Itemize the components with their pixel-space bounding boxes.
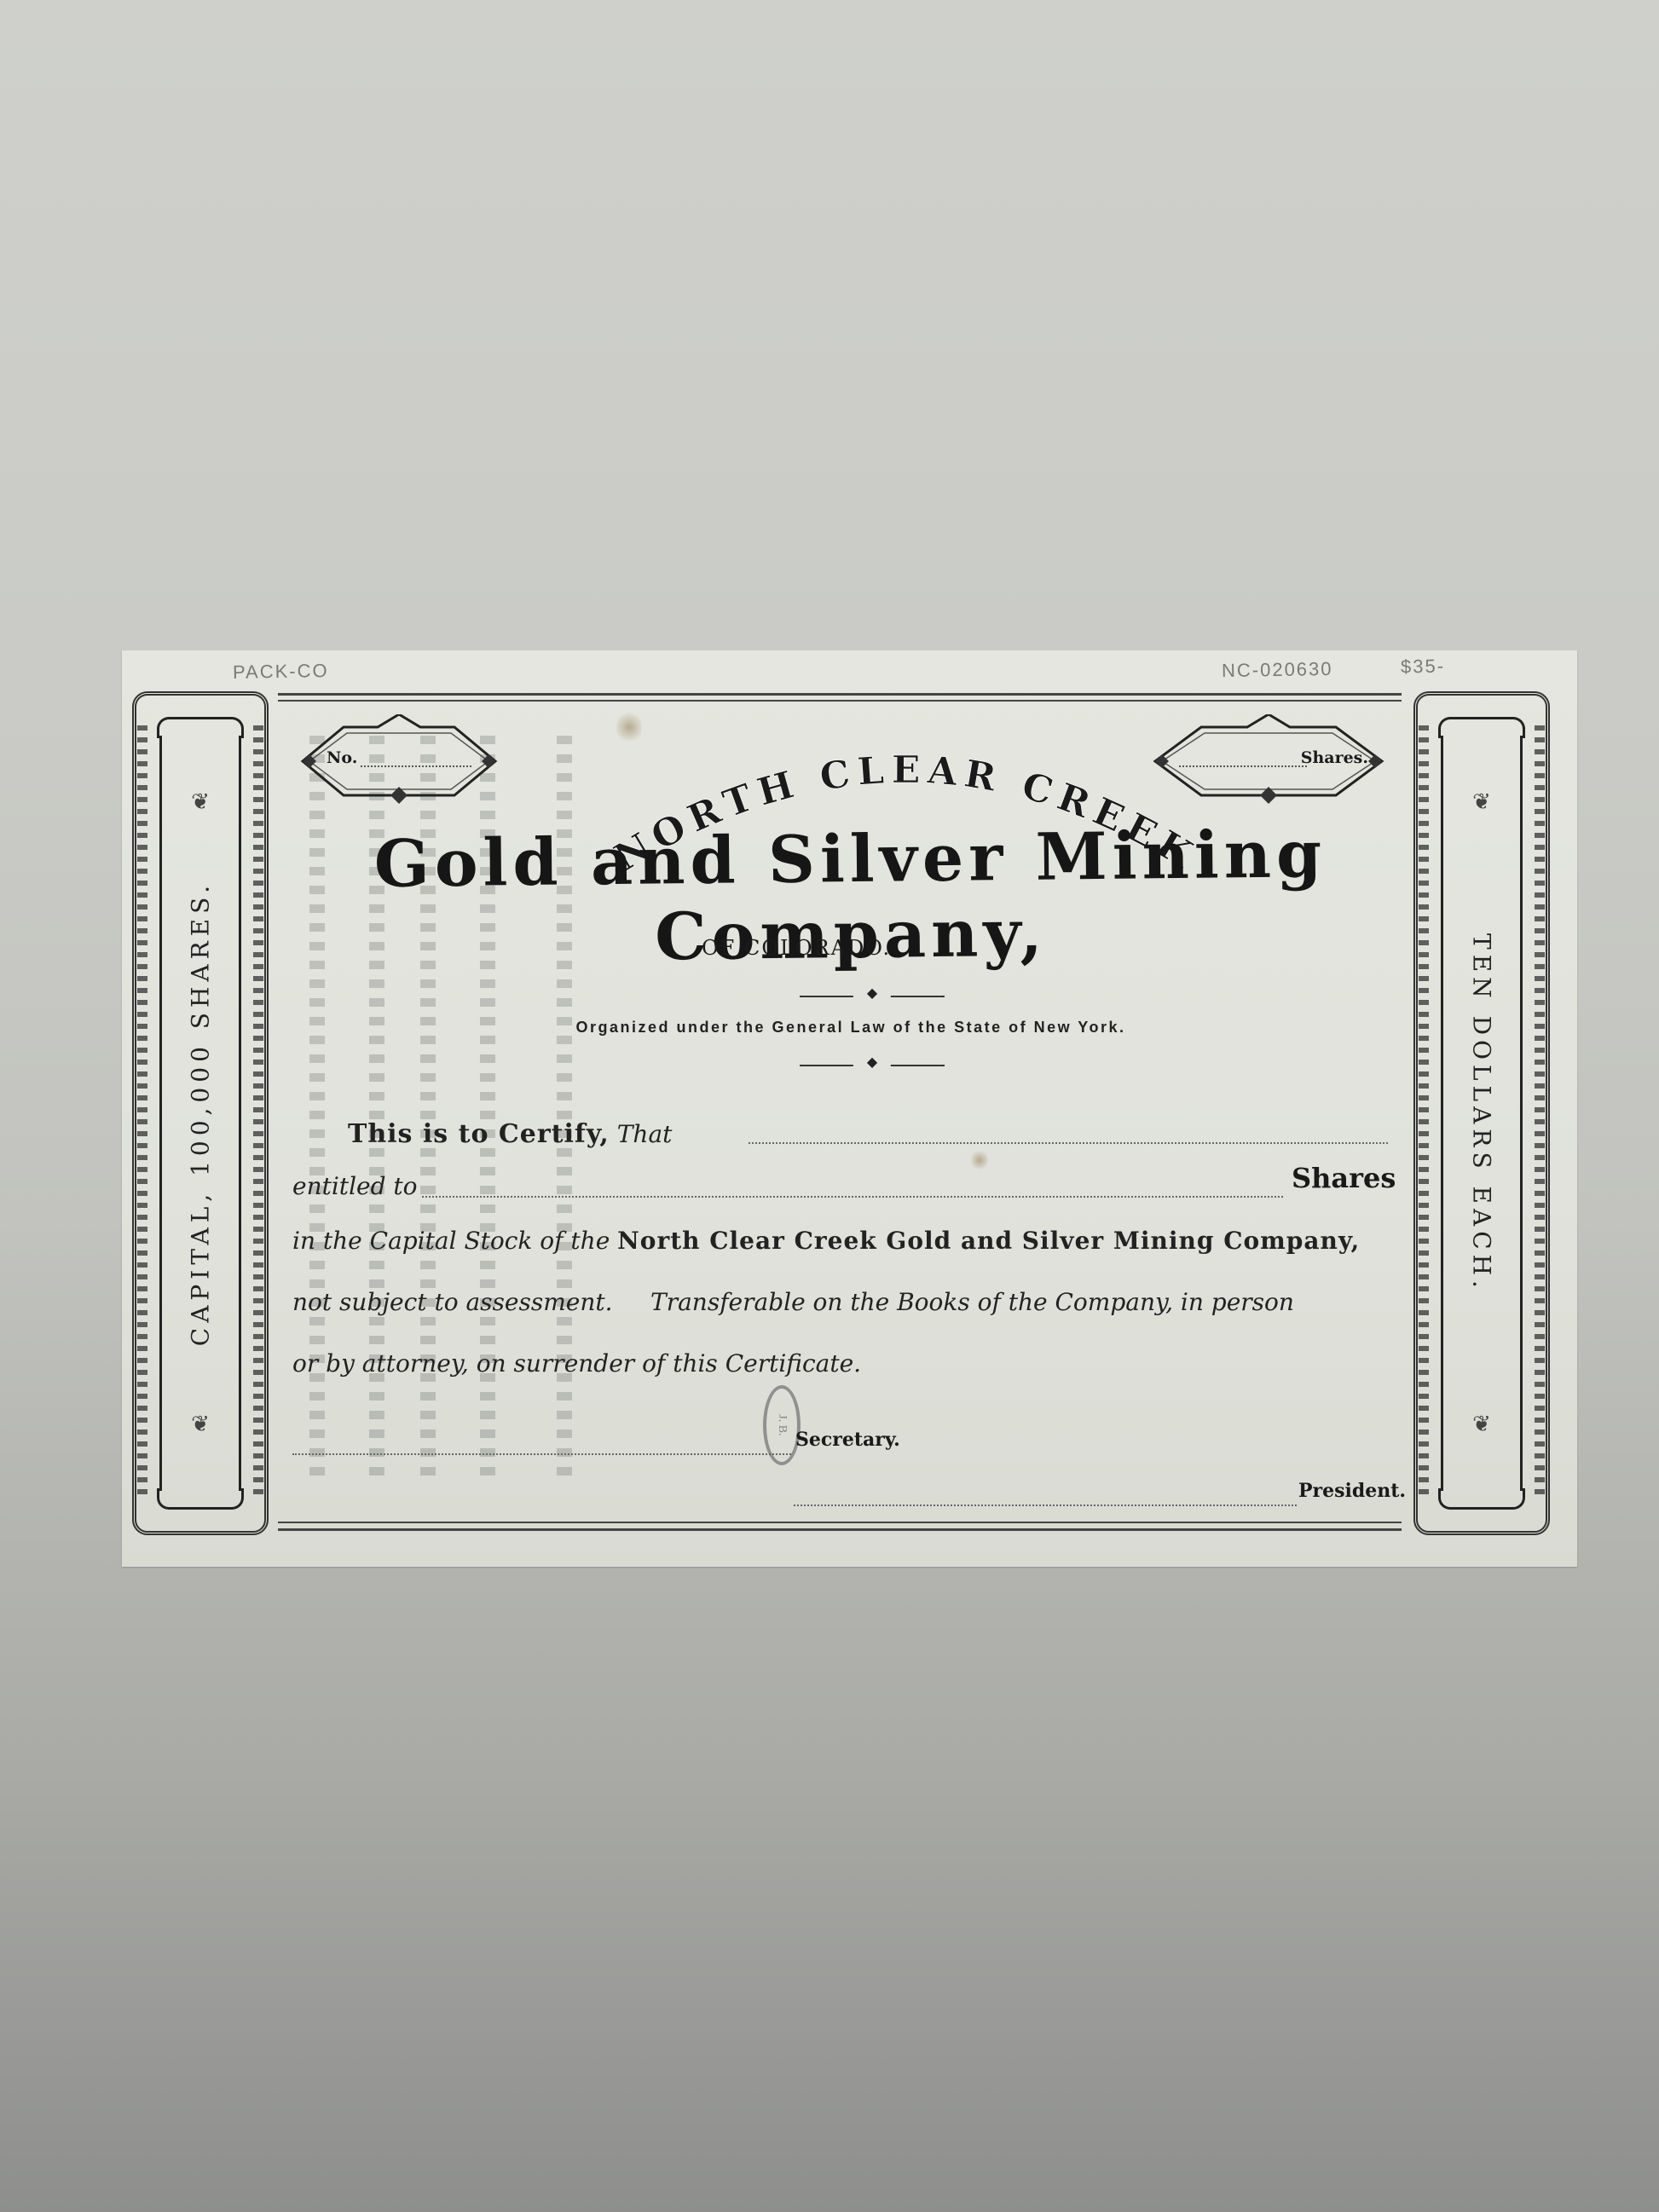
assessment-text: not subject to assessment. xyxy=(292,1288,613,1316)
surrender-line: or by attorney, on surrender of this Cer… xyxy=(292,1349,861,1377)
subtitle: OF COLORADO. xyxy=(702,936,891,960)
shares-amount-field[interactable] xyxy=(422,1196,1283,1198)
paper-stain xyxy=(971,1149,988,1171)
pencil-note-catalog-number: NC-020630 xyxy=(1222,658,1333,682)
capital-stock-text: in the Capital Stock of the xyxy=(292,1227,610,1255)
certify-line: This is to Certify, That xyxy=(348,1119,672,1149)
company-name-text: North Clear Creek Gold and Silver Mining… xyxy=(617,1227,1360,1255)
secretary-signature-field[interactable] xyxy=(292,1453,791,1455)
vine-ornament-icon xyxy=(1535,725,1545,1501)
sprig-ornament-icon: ❦ xyxy=(191,789,210,815)
top-rule xyxy=(278,700,1402,702)
pencil-note-price: $35- xyxy=(1401,656,1445,679)
holder-name-field[interactable] xyxy=(749,1142,1388,1144)
flourish-divider-icon xyxy=(800,991,945,1002)
assessment-line: not subject to assessment. Transferable … xyxy=(292,1288,1294,1316)
stock-certificate: PACK-CO NC-020630 $35- ❦ ❦ CAPITAL, 100,… xyxy=(122,650,1577,1567)
stamp-text: J. B. xyxy=(775,1414,789,1435)
transferable-text: Transferable on the Books of the Company… xyxy=(650,1288,1294,1316)
certificate-number-label: No. xyxy=(327,748,357,767)
sprig-ornament-icon: ❦ xyxy=(191,1412,210,1437)
certificate-number-field[interactable] xyxy=(361,765,471,767)
diamond-frame-icon xyxy=(292,714,506,808)
sprig-ornament-icon: ❦ xyxy=(1472,789,1491,815)
top-rule xyxy=(278,693,1402,696)
president-label: President. xyxy=(1298,1480,1406,1502)
capital-shares-text: CAPITAL, 100,000 SHARES. xyxy=(187,881,215,1346)
pencil-note-pack: PACK-CO xyxy=(233,660,329,684)
entitled-to-label: entitled to xyxy=(292,1172,418,1200)
par-value-text: TEN DOLLARS EACH. xyxy=(1468,933,1496,1293)
president-signature-field[interactable] xyxy=(794,1505,1297,1506)
secretary-label: Secretary. xyxy=(795,1429,900,1451)
vine-ornament-icon xyxy=(137,725,147,1501)
certify-that: That xyxy=(617,1120,673,1148)
vine-ornament-icon xyxy=(253,725,263,1501)
certify-lead: This is to Certify, xyxy=(348,1119,610,1149)
bottom-rule xyxy=(278,1528,1402,1531)
shares-box-label: Shares. xyxy=(1301,748,1368,767)
flourish-divider-icon xyxy=(800,1060,945,1071)
vine-ornament-icon xyxy=(1419,725,1429,1501)
organized-statement: Organized under the General Law of the S… xyxy=(497,1019,1205,1037)
sprig-ornament-icon: ❦ xyxy=(1472,1412,1491,1437)
bottom-rule xyxy=(278,1522,1402,1523)
certificate-number-cartouche: No. xyxy=(292,714,506,808)
capital-stock-line: in the Capital Stock of the North Clear … xyxy=(292,1227,1360,1255)
right-border-panel: ❦ ❦ TEN DOLLARS EACH. xyxy=(1413,691,1550,1535)
shares-label: Shares xyxy=(1292,1162,1396,1194)
left-border-panel: ❦ ❦ CAPITAL, 100,000 SHARES. xyxy=(132,691,269,1535)
